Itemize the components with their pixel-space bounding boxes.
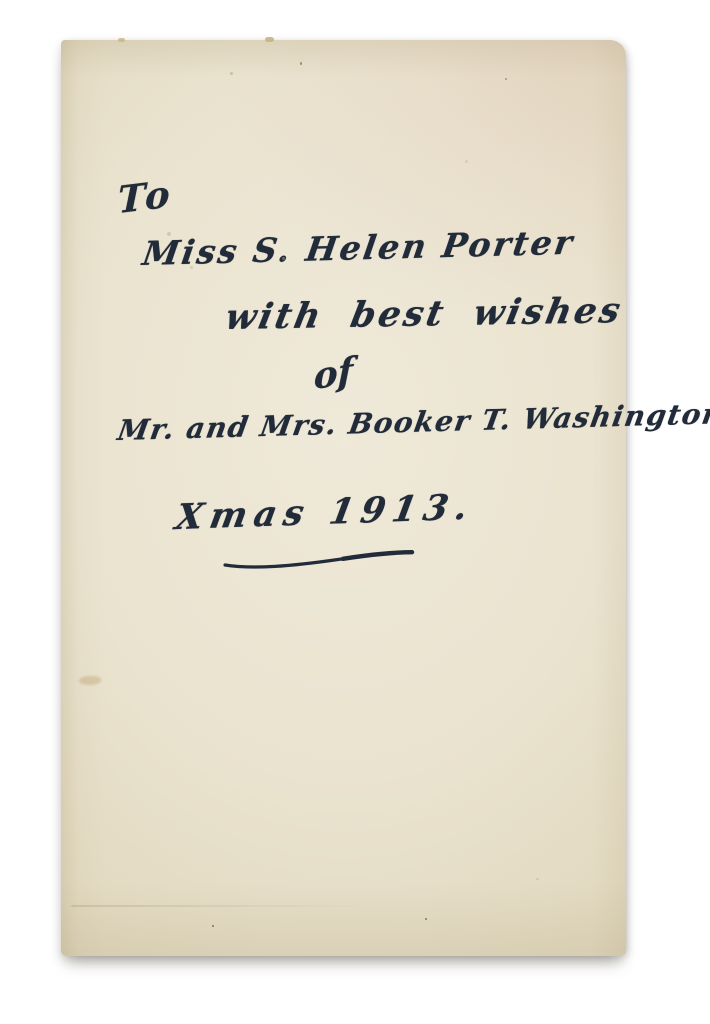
photograph-background: To Miss S. Helen Porter with best wishes… — [0, 0, 710, 1024]
foxing-spot — [300, 62, 302, 65]
flourish-underline — [223, 546, 415, 570]
foxing-spot — [505, 78, 507, 80]
inscription-line-to: To — [118, 171, 174, 222]
inscription-line-wishes: with best wishes — [222, 290, 627, 338]
foxing-spot — [265, 37, 274, 42]
foxing-spot — [230, 72, 233, 75]
inscription-line-signature: Mr. and Mrs. Booker T. Washington — [115, 397, 710, 447]
foxing-spot — [212, 925, 214, 927]
foxing-spot — [118, 38, 125, 42]
inscription-line-of: of — [314, 350, 354, 399]
foxing-smudge — [79, 676, 101, 685]
book-page: To Miss S. Helen Porter with best wishes… — [61, 40, 626, 956]
foxing-spot — [536, 878, 539, 880]
foxing-spot — [465, 160, 468, 163]
inscription-line-date: Xmas 1913. — [172, 486, 477, 538]
foxing-spot — [425, 918, 427, 920]
inscription-line-recipient: Miss S. Helen Porter — [140, 223, 577, 273]
paper-crease — [71, 905, 371, 907]
